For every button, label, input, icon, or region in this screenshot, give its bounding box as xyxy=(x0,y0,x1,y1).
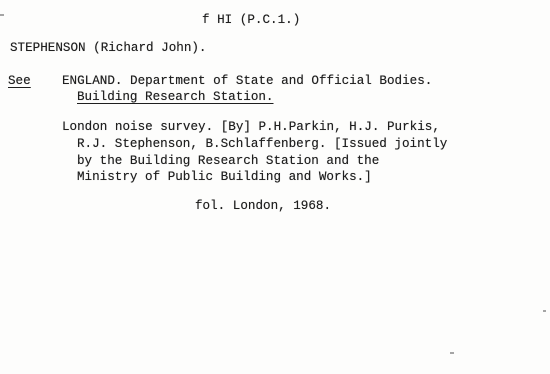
catalog-card: f HI (P.C.1.) STEPHENSON (Richard John).… xyxy=(0,0,550,374)
see-target-line-2: Building Research Station. xyxy=(77,89,274,105)
note-line: R.J. Stephenson, B.Schlaffenberg. [Issue… xyxy=(77,136,447,152)
imprint: fol. London, 1968. xyxy=(195,198,331,214)
note-line: London noise survey. [By] P.H.Parkin, H.… xyxy=(62,119,440,135)
classmark: f HI (P.C.1.) xyxy=(202,12,300,28)
see-label: See xyxy=(8,73,31,89)
scan-speck xyxy=(450,352,454,354)
see-target-line-1: ENGLAND. Department of State and Officia… xyxy=(62,73,432,89)
note-line: Ministry of Public Building and Works.] xyxy=(77,169,372,185)
scan-speck xyxy=(0,14,4,16)
scan-speck xyxy=(543,310,546,312)
note-line: by the Building Research Station and the xyxy=(77,153,379,169)
main-heading: STEPHENSON (Richard John). xyxy=(10,40,207,56)
